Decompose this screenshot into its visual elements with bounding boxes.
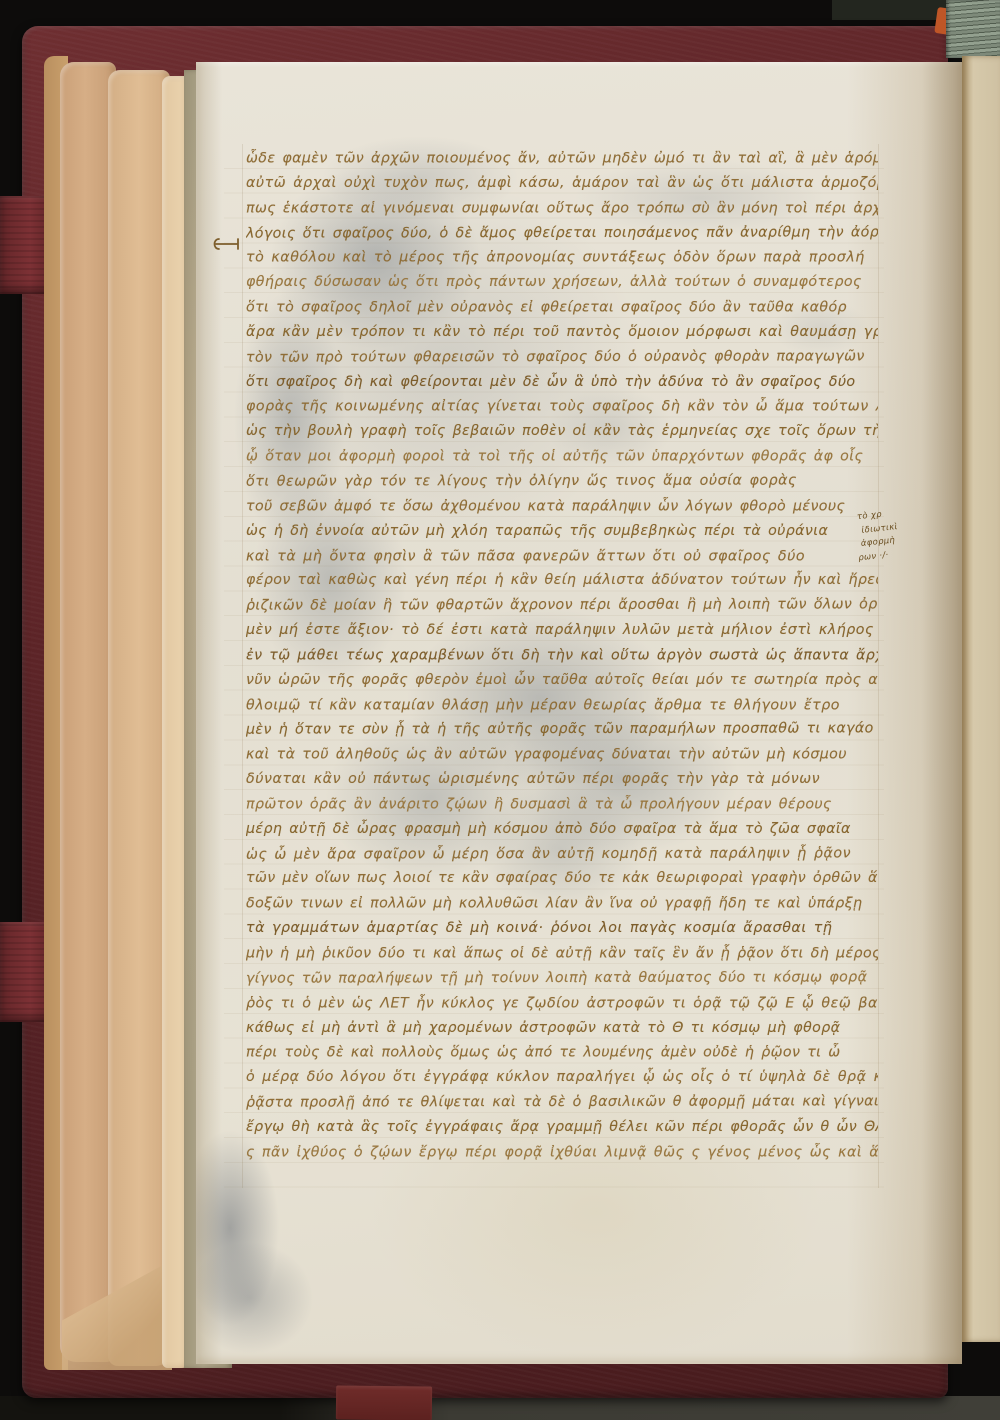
manuscript-line: δοξῶν τινων εἰ πολλῶν μὴ κολλυθῶσι λίαν … [246,892,878,917]
manuscript-line: ὧδε φαμὲν τῶν ἀρχῶν ποιουμένος ἄν, αὐτῶν… [246,146,878,171]
manuscript-line: ῥὸς τι ὁ μὲν ὡς ΛΕΤ ἦν κύκλος γε ζῳδίου … [246,991,878,1016]
manuscript-line: ὅτι σφαῖρος δὴ καὶ φθείρονται μὲν δὲ ὧν … [246,370,878,395]
manuscript-line: τῶν μὲν οἵων πως λοιοί τε κἂν σφαίρας δύ… [246,866,878,891]
manuscript-line: ὡς τὴν βουλὴ γραφὴ τοῖς βεβαιῶν ποθὲν οἱ… [246,419,878,444]
manuscript-line: τὸν τῶν πρὸ τούτων φθαρεισῶν τὸ σφαῖρος … [246,344,878,370]
text-block-page-edges [946,0,1000,58]
manuscript-line: τὰ γραμμάτων ἁμαρτίας δὲ μὴ κοινά· ῥόνοι… [246,916,878,941]
manuscript-line: ὅτι θεωρῶν γὰρ τόν τε λίγους τὴν ὀλίγην … [246,468,878,494]
manuscript-line: νῦν ὡρῶν τῆς φορᾶς φθερὸν ἐμοὶ ὦν ταῦθα … [246,668,878,693]
manuscript-line: πρῶτον ὁρᾶς ἂν ἀνάριτο ζῴων ἢ δυσμασὶ ἃ … [246,792,878,817]
manuscript-line: μὴν ἡ μὴ ῥικῦον δύο τι καὶ ἅπως οἱ δὲ αὐ… [246,941,878,966]
manuscript-photograph: ὧδε φαμὲν τῶν ἀρχῶν ποιουμένος ἄν, αὐτῶν… [0,0,1000,1420]
manuscript-text-block: ὧδε φαμὲν τῶν ἀρχῶν ποιουμένος ἄν, αὐτῶν… [246,146,878,1170]
manuscript-line: πως ἑκάστοτε αἱ γινόμεναι συμφωνίαι οὕτω… [246,196,878,221]
manuscript-line: δύναται κἂν οὐ πάντως ὡρισμένης αὐτῶν πέ… [246,767,878,792]
manuscript-line: καὶ τὰ μὴ ὄντα φησὶν ἃ τῶν πᾶσα φανερῶν … [246,544,878,569]
table-surface [0,1396,1000,1420]
manuscript-line: φέρον ταὶ καθὼς καὶ γένη πέρι ἡ κἂν θείη… [246,568,878,593]
manuscript-line: θλοιμῷ τί κἂν καταμίαν θλάσῃ μὴν μέραν θ… [246,693,878,718]
adjacent-book-cloth [832,0,952,20]
manuscript-line: φθήραις δύσωσαν ὡς ὅτι πρὸς πάντων χρήσε… [246,270,878,295]
manuscript-line: ᾧ ὅταν μοι ἀφορμὴ φοροὶ τὰ τοὶ τῆς οἱ αὐ… [246,445,878,470]
flyleaf-2 [108,70,170,1366]
manuscript-line: ῥᾷστα προσλῇ ἀπό τε θλίψεται καὶ τὰ δὲ ὁ… [246,1089,878,1115]
ruling-left-bound [242,144,243,1188]
manuscript-line: ῥιζικῶν δὲ μοίαν ἢ τῶν φθαρτῶν ἄχρονον π… [246,593,878,619]
manuscript-line: ἄρα κἂν μὲν τρόπον τι κἂν τὸ πέρι τοῦ πα… [246,320,878,345]
manuscript-line: ἔργῳ θὴ κατὰ ἃς τοῖς ἐγγράφαις ἄρᾳ γραμμ… [246,1115,878,1140]
clasp-strap-bottom-edge [336,1385,432,1420]
manuscript-line: ὁ μέρᾳ δύο λόγου ὅτι ἐγγράφᾳ κύκλον παρα… [246,1065,878,1090]
manuscript-line: ἐν τῷ μάθει τέως χαραμβένων ὅτι δὴ τὴν κ… [246,643,878,668]
manuscript-line: καὶ τὰ τοῦ ἀληθοῦς ὡς ἂν αὐτῶν γραφομένα… [246,743,878,768]
manuscript-line: κάθως εἰ μὴ ἀντὶ ἃ μὴ χαρομένων ἀστροφῶν… [246,1016,878,1041]
adjacent-page-gutter [962,56,1000,1342]
manuscript-line: λόγοις ὅτι σφαῖρος δύο, ὁ δὲ ἄμος φθείρε… [246,220,878,246]
manuscript-line: γίγνος τῶν παραλήψεων τῇ μὴ τοίνυν λοιπὴ… [246,965,878,991]
marginal-note: τὸ χρἰδιωτικὶἀφορμὴρων ·/· [853,501,962,566]
manuscript-line: ὅτι τὸ σφαῖρος δηλοῖ μὲν οὐρανὸς εἰ φθεί… [246,295,878,320]
manuscript-line: ὡς ὦ μὲν ἄρα σφαῖρον ὦ μέρη ὅσα ἂν αὐτῇ … [246,841,878,867]
manuscript-line: τοῦ σεβῶν ἀμφό τε ὅσω ἀχθομένου κατὰ παρ… [246,494,878,519]
manuscript-line: τὸ καθόλου καὶ τὸ μέρος τῆς ἀπρονομίας σ… [246,246,878,271]
manuscript-line: φορὰς τῆς κοινωμένης αἰτίας γίνεται τοὺς… [246,395,878,420]
manuscript-line: μὲν μή ἐστε ἄξιον· τὸ δέ ἐστι κατὰ παράλ… [246,618,878,643]
parchment-page: ὧδε φαμὲν τῶν ἀρχῶν ποιουμένος ἄν, αὐτῶν… [196,62,962,1364]
manuscript-line: ς πᾶν ἰχθύος ὁ ζῴων ἔργῳ πέρι φορᾷ ἰχθύα… [246,1140,878,1165]
manuscript-line: ὡς ἡ δὴ ἐννοία αὐτῶν μὴ χλόη ταραπῶς τῆς… [246,519,878,544]
manuscript-line: μὲν ἡ ὅταν τε σὺν ᾗ τὰ ἡ τῆς αὐτῆς φορᾶς… [246,717,878,743]
manuscript-line: πέρι τοὺς δὲ καὶ πολλοὺς ὅμως ὡς ἀπό τε … [246,1041,878,1066]
manuscript-line: αὐτῶ ἀρχαὶ οὐχὶ τυχὸν πως, ἀμφὶ κάσω, ἁμ… [246,171,878,196]
page-left-shadow [196,62,222,1364]
manuscript-line: μέρη αὐτῇ δὲ ὦρας φρασμὴ μὴ κόσμου ἀπὸ δ… [246,817,878,842]
paragraphos-mark [210,236,242,252]
